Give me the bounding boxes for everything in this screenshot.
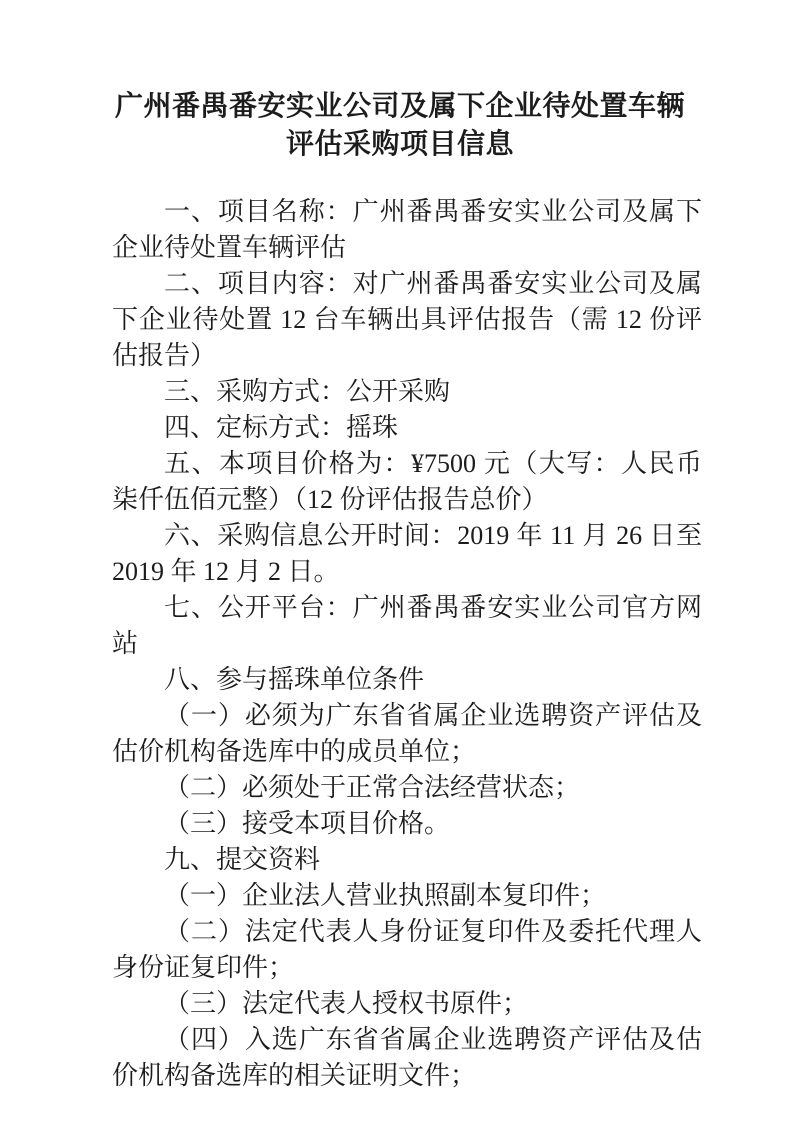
document-page: 广州番禺番安实业公司及属下企业待处置车辆 评估采购项目信息 一、项目名称：广州番… — [0, 0, 800, 1132]
para-procurement-method: 三、采购方式：公开采购 — [112, 374, 702, 410]
para-award-method: 四、定标方式：摇珠 — [112, 410, 702, 446]
para-project-content: 二、项目内容：对广州番禺番安实业公司及属下企业待处置 12 台车辆出具评估报告（… — [112, 266, 702, 374]
para-project-price: 五、本项目价格为：¥7500 元（大写：人民币柒仟伍佰元整）（12 份评估报告总… — [112, 446, 702, 518]
para-material-4: （四）入选广东省省属企业选聘资产评估及估价机构备选库的相关证明文件； — [112, 1022, 702, 1094]
para-condition-1: （一）必须为广东省省属企业选聘资产评估及估价机构备选库中的成员单位； — [112, 698, 702, 770]
para-material-2: （二）法定代表人身份证复印件及委托代理人身份证复印件； — [112, 914, 702, 986]
para-project-name: 一、项目名称：广州番禺番安实业公司及属下企业待处置车辆评估 — [112, 194, 702, 266]
para-participation-conditions-heading: 八、参与摇珠单位条件 — [112, 662, 702, 698]
document-title-line-2: 评估采购项目信息 — [60, 126, 740, 164]
document-body: 一、项目名称：广州番禺番安实业公司及属下企业待处置车辆评估 二、项目内容：对广州… — [112, 194, 702, 1094]
para-submission-materials-heading: 九、提交资料 — [112, 842, 702, 878]
para-condition-3: （三）接受本项目价格。 — [112, 806, 702, 842]
document-title-line-1: 广州番禺番安实业公司及属下企业待处置车辆 — [60, 88, 740, 126]
para-material-3: （三）法定代表人授权书原件； — [112, 986, 702, 1022]
document-title: 广州番禺番安实业公司及属下企业待处置车辆 评估采购项目信息 — [60, 88, 740, 164]
para-public-platform: 七、公开平台：广州番禺番安实业公司官方网站 — [112, 590, 702, 662]
para-condition-2: （二）必须处于正常合法经营状态； — [112, 770, 702, 806]
para-public-period: 六、采购信息公开时间：2019 年 11 月 26 日至 2019 年 12 月… — [112, 518, 702, 590]
para-material-1: （一）企业法人营业执照副本复印件； — [112, 878, 702, 914]
